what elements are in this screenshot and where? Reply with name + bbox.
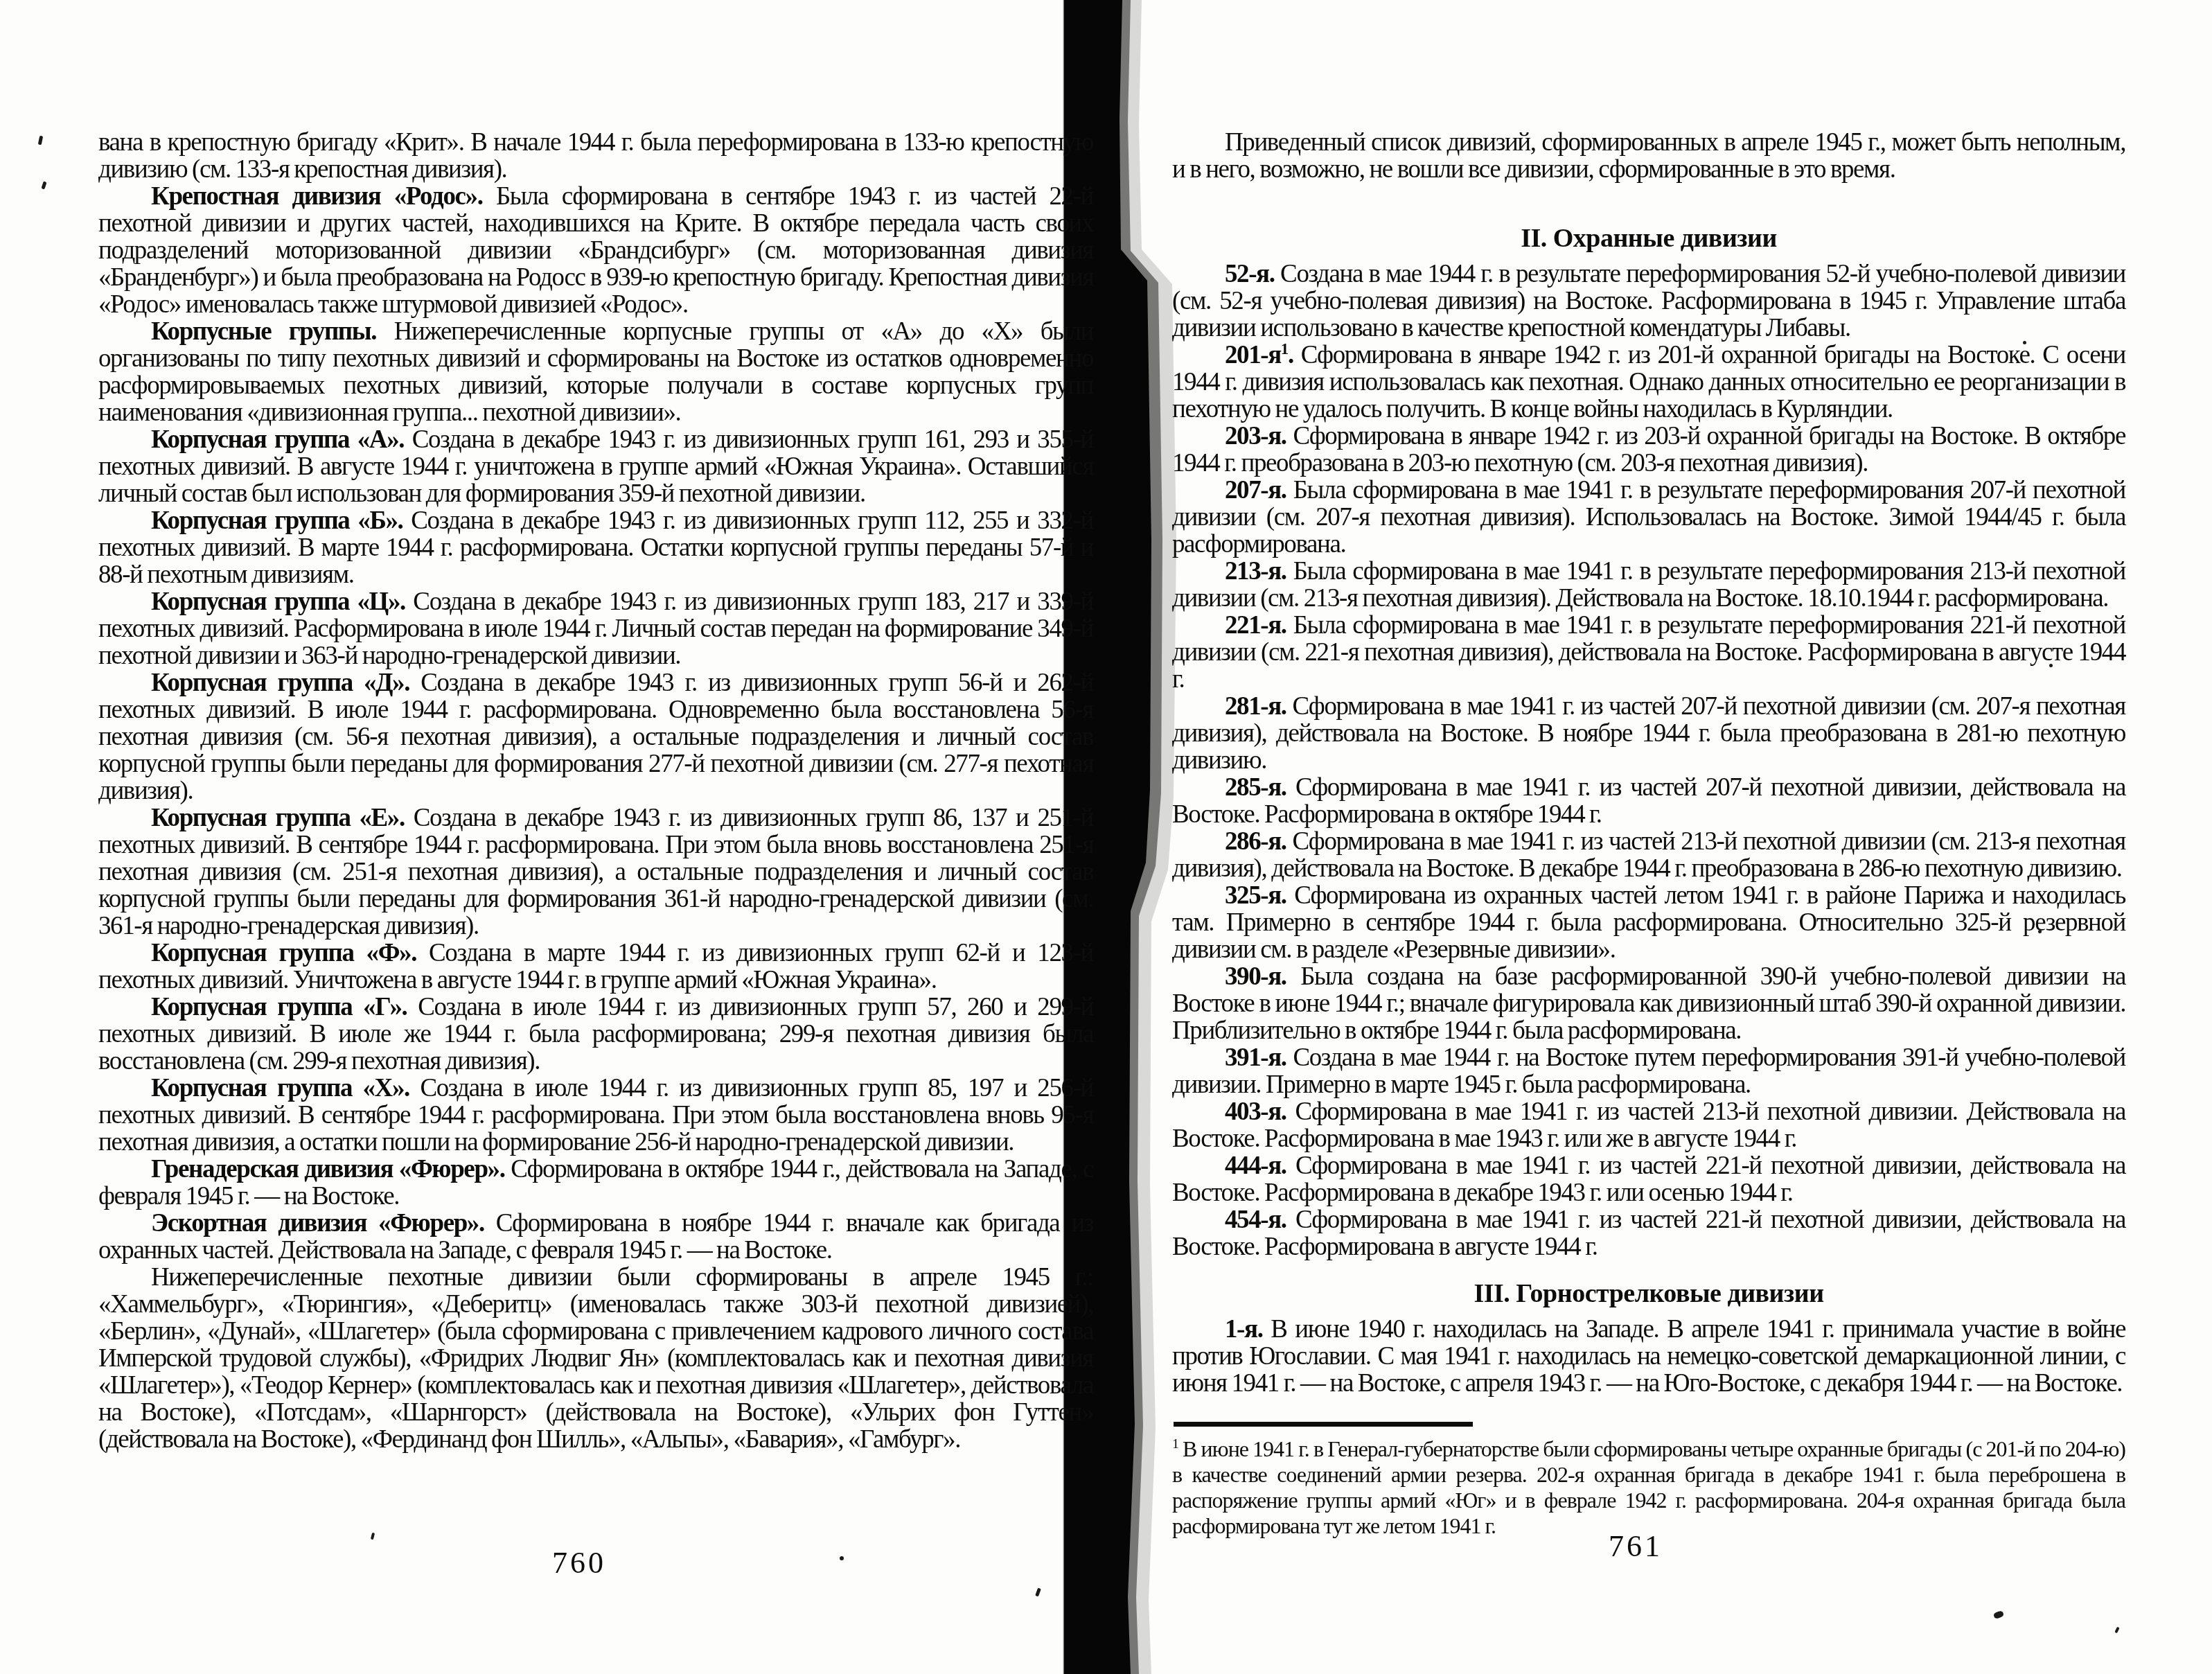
- paragraph-text: Была создана на базе расформированной 39…: [1172, 962, 2125, 1045]
- paragraph: Корпусная группа «Ф». Создана в марте 19…: [98, 940, 1093, 994]
- paragraph-lead: 325-я.: [1225, 881, 1286, 910]
- paragraph-lead: 203-я.: [1225, 422, 1286, 450]
- paragraph-lead: Корпусная группа «А».: [151, 425, 404, 454]
- paragraph-text: Сформирована в мае 1941 г. из частей 213…: [1172, 1098, 2125, 1153]
- paragraph-text: Сформирована в мае 1941 г. из частей 207…: [1172, 773, 2125, 829]
- paragraph: 1-я. В июне 1940 г. находилась на Западе…: [1172, 1316, 2125, 1397]
- paragraph-lead: Эскортная дивизия «Фюрер».: [151, 1209, 484, 1237]
- paragraph-text: вана в крепостную бригаду «Крит». В нача…: [98, 128, 1093, 184]
- paragraph-lead: Гренадерская дивизия «Фюрер».: [151, 1155, 505, 1183]
- paragraph-lead: Корпусная группа «Х».: [151, 1074, 409, 1102]
- page-number-left: 760: [552, 1545, 606, 1580]
- paragraph: 213-я. Была сформирована в мае 1941 г. в…: [1172, 558, 2125, 612]
- paragraph: 444-я. Сформирована в мае 1941 г. из час…: [1172, 1152, 2125, 1206]
- paragraph: 207-я. Была сформирована в мае 1941 г. в…: [1172, 477, 2125, 558]
- paragraph-text: Сформирована в мае 1941 г. из частей 221…: [1172, 1152, 2125, 1207]
- section-heading-mountain-divisions: III. Горнострелковые дивизии: [1172, 1280, 2125, 1307]
- paragraph-lead: 403-я.: [1225, 1098, 1286, 1126]
- paragraph: Корпусная группа «Г». Создана в июле 194…: [98, 994, 1093, 1075]
- scan-speck: [1035, 1588, 1041, 1597]
- paragraph-lead: 207-я.: [1225, 476, 1286, 504]
- paragraph-lead: 221-я.: [1225, 611, 1286, 640]
- paragraph: 52-я. Создана в мае 1944 г. в результате…: [1172, 261, 2125, 342]
- scan-speck: [41, 181, 46, 189]
- paragraph: 201-я1. Сформирована в январе 1942 г. из…: [1172, 342, 2125, 423]
- paragraph-lead: 285-я.: [1225, 773, 1286, 802]
- scan-speck: [2049, 664, 2053, 667]
- paragraph-text: Была сформирована в мае 1941 г. в резуль…: [1172, 476, 2125, 558]
- footnote: 1 В июне 1941 г. в Генерал-губернаторств…: [1172, 1422, 2125, 1539]
- paragraph-lead: 201-я1.: [1225, 341, 1293, 369]
- paragraph-lead: Крепостная дивизия «Родос».: [151, 182, 483, 211]
- paragraph-text: Создана в мае 1944 г. в результате переф…: [1172, 260, 2125, 342]
- paragraph: Корпусная группа «Х». Создана в июле 194…: [98, 1075, 1093, 1156]
- book-scan-spread: вана в крепостную бригаду «Крит». В нача…: [0, 0, 2212, 1674]
- paragraph: Корпусная группа «Е». Создана в декабре …: [98, 804, 1093, 940]
- paragraph: Корпусная группа «Ц». Создана в декабре …: [98, 588, 1093, 669]
- scan-speck: [840, 1556, 844, 1560]
- paragraph-text: Была сформирована в мае 1941 г. в резуль…: [1172, 611, 2125, 694]
- mountain-divisions-entries: 1-я. В июне 1940 г. находилась на Западе…: [1172, 1316, 2125, 1397]
- left-page-paragraphs: вана в крепостную бригаду «Крит». В нача…: [98, 129, 1093, 1453]
- paragraph-text: В июне 1940 г. находилась на Западе. В а…: [1172, 1315, 2125, 1398]
- paragraph-lead: 1-я.: [1225, 1315, 1263, 1343]
- paragraph-text: Нижеперечисленные пехотные дивизии были …: [98, 1263, 1093, 1454]
- paragraph: 281-я. Сформирована в мае 1941 г. из час…: [1172, 693, 2125, 774]
- scan-speck: [1993, 1610, 2004, 1619]
- paragraph-text: Сформирована в мае 1941 г. из частей 213…: [1172, 827, 2125, 883]
- paragraph: вана в крепостную бригаду «Крит». В нача…: [98, 129, 1093, 183]
- paragraph-text: Сформирована из охранных частей летом 19…: [1172, 881, 2125, 964]
- intro-paragraph: Приведенный список дивизий, сформированн…: [1172, 129, 2125, 183]
- paragraph-lead: 52-я.: [1225, 260, 1275, 288]
- paragraph: 286-я. Сформирована в мае 1941 г. из час…: [1172, 828, 2125, 882]
- paragraph: Гренадерская дивизия «Фюрер». Сформирова…: [98, 1156, 1093, 1210]
- paragraph-lead: 444-я.: [1225, 1152, 1286, 1180]
- paragraph: 454-я. Сформирована в мае 1941 г. из час…: [1172, 1206, 2125, 1260]
- paragraph: Корпусная группа «Д». Создана в декабре …: [98, 669, 1093, 804]
- page-number-right: 761: [1609, 1528, 1663, 1564]
- paragraph-text: Сформирована в январе 1942 г. из 203-й о…: [1172, 422, 2125, 477]
- scan-speck: [371, 1533, 375, 1540]
- paragraph: 325-я. Сформирована из охранных частей л…: [1172, 882, 2125, 963]
- footnote-text: 1 В июне 1941 г. в Генерал-губернаторств…: [1172, 1436, 2125, 1539]
- paragraph-text: Была сформирована в мае 1941 г. в резуль…: [1172, 557, 2125, 613]
- paragraph-text: Сформирована в мае 1941 г. из частей 207…: [1172, 692, 2125, 775]
- right-page-text-column: Приведенный список дивизий, сформированн…: [1172, 129, 2125, 1539]
- footnote-body: В июне 1941 г. в Генерал-губернаторстве …: [1172, 1436, 2125, 1538]
- paragraph: 203-я. Сформирована в январе 1942 г. из …: [1172, 423, 2125, 477]
- paragraph: Крепостная дивизия «Родос». Была сформир…: [98, 183, 1093, 318]
- paragraph: 285-я. Сформирована в мае 1941 г. из час…: [1172, 774, 2125, 828]
- paragraph: Нижеперечисленные пехотные дивизии были …: [98, 1264, 1093, 1453]
- scan-speck: [38, 136, 44, 146]
- section-heading-guard-divisions: II. Охранные дивизии: [1172, 224, 2125, 252]
- paragraph-lead: 213-я.: [1225, 557, 1286, 585]
- paragraph: Корпусные группы. Нижеперечисленные корп…: [98, 318, 1093, 426]
- paragraph-lead: Корпусная группа «Е».: [151, 804, 405, 832]
- paragraph-lead: Корпусная группа «Ф».: [151, 939, 416, 967]
- paragraph-lead: Корпусная группа «Б».: [151, 506, 402, 535]
- paragraph: 403-я. Сформирована в мае 1941 г. из час…: [1172, 1098, 2125, 1152]
- paragraph-lead: Корпусная группа «Д».: [151, 669, 409, 697]
- paragraph-lead: 391-я.: [1225, 1043, 1286, 1072]
- paragraph: Корпусная группа «Б». Создана в декабре …: [98, 507, 1093, 588]
- intro-text: Приведенный список дивизий, сформированн…: [1172, 128, 2125, 184]
- paragraph: Эскортная дивизия «Фюрер». Сформирована …: [98, 1210, 1093, 1264]
- footnote-rule: [1174, 1422, 1473, 1427]
- paragraph-lead: Корпусная группа «Ц».: [151, 588, 405, 616]
- scan-speck: [2038, 930, 2042, 933]
- paragraph-text: Сформирована в январе 1942 г. из 201-й о…: [1172, 341, 2125, 423]
- guard-divisions-entries: 52-я. Создана в мае 1944 г. в результате…: [1172, 261, 2125, 1260]
- paragraph-text: Создана в мае 1944 г. на Востоке путем п…: [1172, 1043, 2125, 1099]
- paragraph: 221-я. Была сформирована в мае 1941 г. в…: [1172, 612, 2125, 693]
- scan-speck: [2114, 1627, 2119, 1634]
- left-page-text-column: вана в крепостную бригаду «Крит». В нача…: [98, 129, 1093, 1453]
- paragraph-lead: 454-я.: [1225, 1206, 1286, 1234]
- paragraph-lead: Корпусные группы.: [151, 317, 376, 346]
- paragraph-text: Сформирована в мае 1941 г. из частей 221…: [1172, 1206, 2125, 1261]
- paragraph: Корпусная группа «А». Создана в декабре …: [98, 426, 1093, 507]
- paragraph: 390-я. Была создана на базе расформирова…: [1172, 963, 2125, 1044]
- paragraph: 391-я. Создана в мае 1944 г. на Востоке …: [1172, 1044, 2125, 1098]
- footnote-marker: 1: [1172, 1436, 1178, 1452]
- paragraph-lead: Корпусная группа «Г».: [151, 993, 407, 1021]
- scan-speck: [2023, 341, 2026, 344]
- paragraph-lead: 286-я.: [1225, 827, 1286, 856]
- paragraph-lead: 281-я.: [1225, 692, 1286, 721]
- paragraph-lead: 390-я.: [1225, 962, 1286, 991]
